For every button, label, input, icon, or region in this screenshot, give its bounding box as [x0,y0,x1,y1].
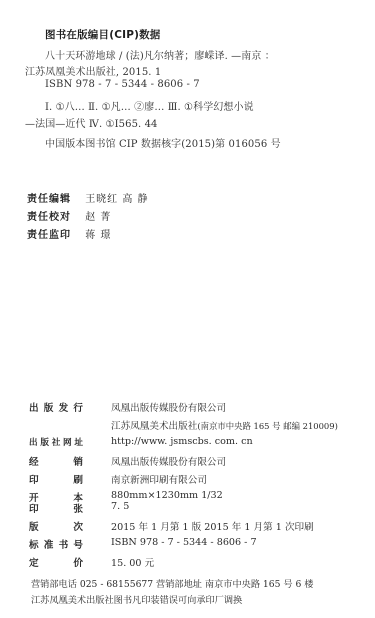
info-value: 凤凰出版传媒股份有限公司 [111,454,226,468]
cip-line-isbn: ISBN 978 - 7 - 5344 - 8606 - 7 [45,79,200,90]
info-row-publisher-distributor: 出版发行 凤凰出版传媒股份有限公司 [29,400,83,414]
staff-value: 王晓红 高 静 [85,190,148,205]
info-label: 印张 [29,501,83,515]
staff-row-print-supervisor: 责任监印 蒋 璟 [27,226,111,241]
info-value: 15. 00 元 [111,555,154,569]
info-label: 定价 [29,555,83,569]
info-value: 江苏凤凰美术出版社(南京市中央路 165 号 邮编 210009) [111,418,338,432]
info-value: ISBN 978 - 7 - 5344 - 8606 - 7 [111,537,257,548]
info-label: 印刷 [29,472,83,486]
info-value: 凤凰出版传媒股份有限公司 [111,400,226,414]
info-row-website: 出版社网址 http://www. jsmscbs. com. cn [29,436,83,448]
info-label: 经销 [29,454,83,468]
info-label: 标准书号 [29,537,83,551]
info-row-sheets: 印张 7. 5 [29,501,83,515]
info-row-edition: 版次 2015 年 1 月第 1 版 2015 年 1 月第 1 次印刷 [29,519,83,533]
info-value: 7. 5 [111,501,129,512]
cip-line-publisher: 江苏凤凰美术出版社, 2015. 1 [25,63,161,78]
staff-label: 责任监印 [27,226,82,241]
info-value: 880mm×1230mm 1/32 [111,490,223,501]
info-label: 出版发行 [29,400,83,414]
staff-value: 赵 菁 [85,208,111,223]
staff-label: 责任校对 [27,208,82,223]
cip-line-library-record: 中国版本图书馆 CIP 数据核字(2015)第 016056 号 [45,135,281,150]
info-value: 南京新洲印刷有限公司 [111,472,207,486]
staff-label: 责任编辑 [27,190,82,205]
footer-replacement-notice: 江苏凤凰美术出版社图书凡印装错误可向承印厂调换 [31,592,242,606]
info-row-printer: 印刷 南京新洲印刷有限公司 [29,472,83,486]
info-label: 版次 [29,519,83,533]
info-value: 2015 年 1 月第 1 版 2015 年 1 月第 1 次印刷 [111,519,314,533]
info-row-isbn: 标准书号 ISBN 978 - 7 - 5344 - 8606 - 7 [29,537,83,551]
info-row-distributor: 经销 凤凰出版传媒股份有限公司 [29,454,83,468]
staff-row-proofreader: 责任校对 赵 菁 [27,208,111,223]
cip-title: 图书在版编目(CIP)数据 [45,27,161,42]
info-row-price: 定价 15. 00 元 [29,555,83,569]
cip-line-classification: Ⅰ. ①八… Ⅱ. ①凡… ②廖… Ⅲ. ①科学幻想小说 [45,98,254,113]
footer-marketing-contact: 营销部电话 025 - 68155677 营销部地址 南京市中央路 165 号 … [31,576,313,590]
website-link[interactable]: http://www. jsmscbs. com. cn [111,436,253,447]
info-label: 出版社网址 [29,436,83,448]
staff-value: 蒋 璟 [85,226,111,241]
cip-line-classification-cont: —法国—近代 Ⅳ. ①I565. 44 [25,115,158,130]
cip-line-title-author: 八十天环游地球 / (法)凡尔纳著；廖嵘译. —南京 ： [45,47,275,62]
staff-row-editor: 责任编辑 王晓红 高 静 [27,190,149,205]
